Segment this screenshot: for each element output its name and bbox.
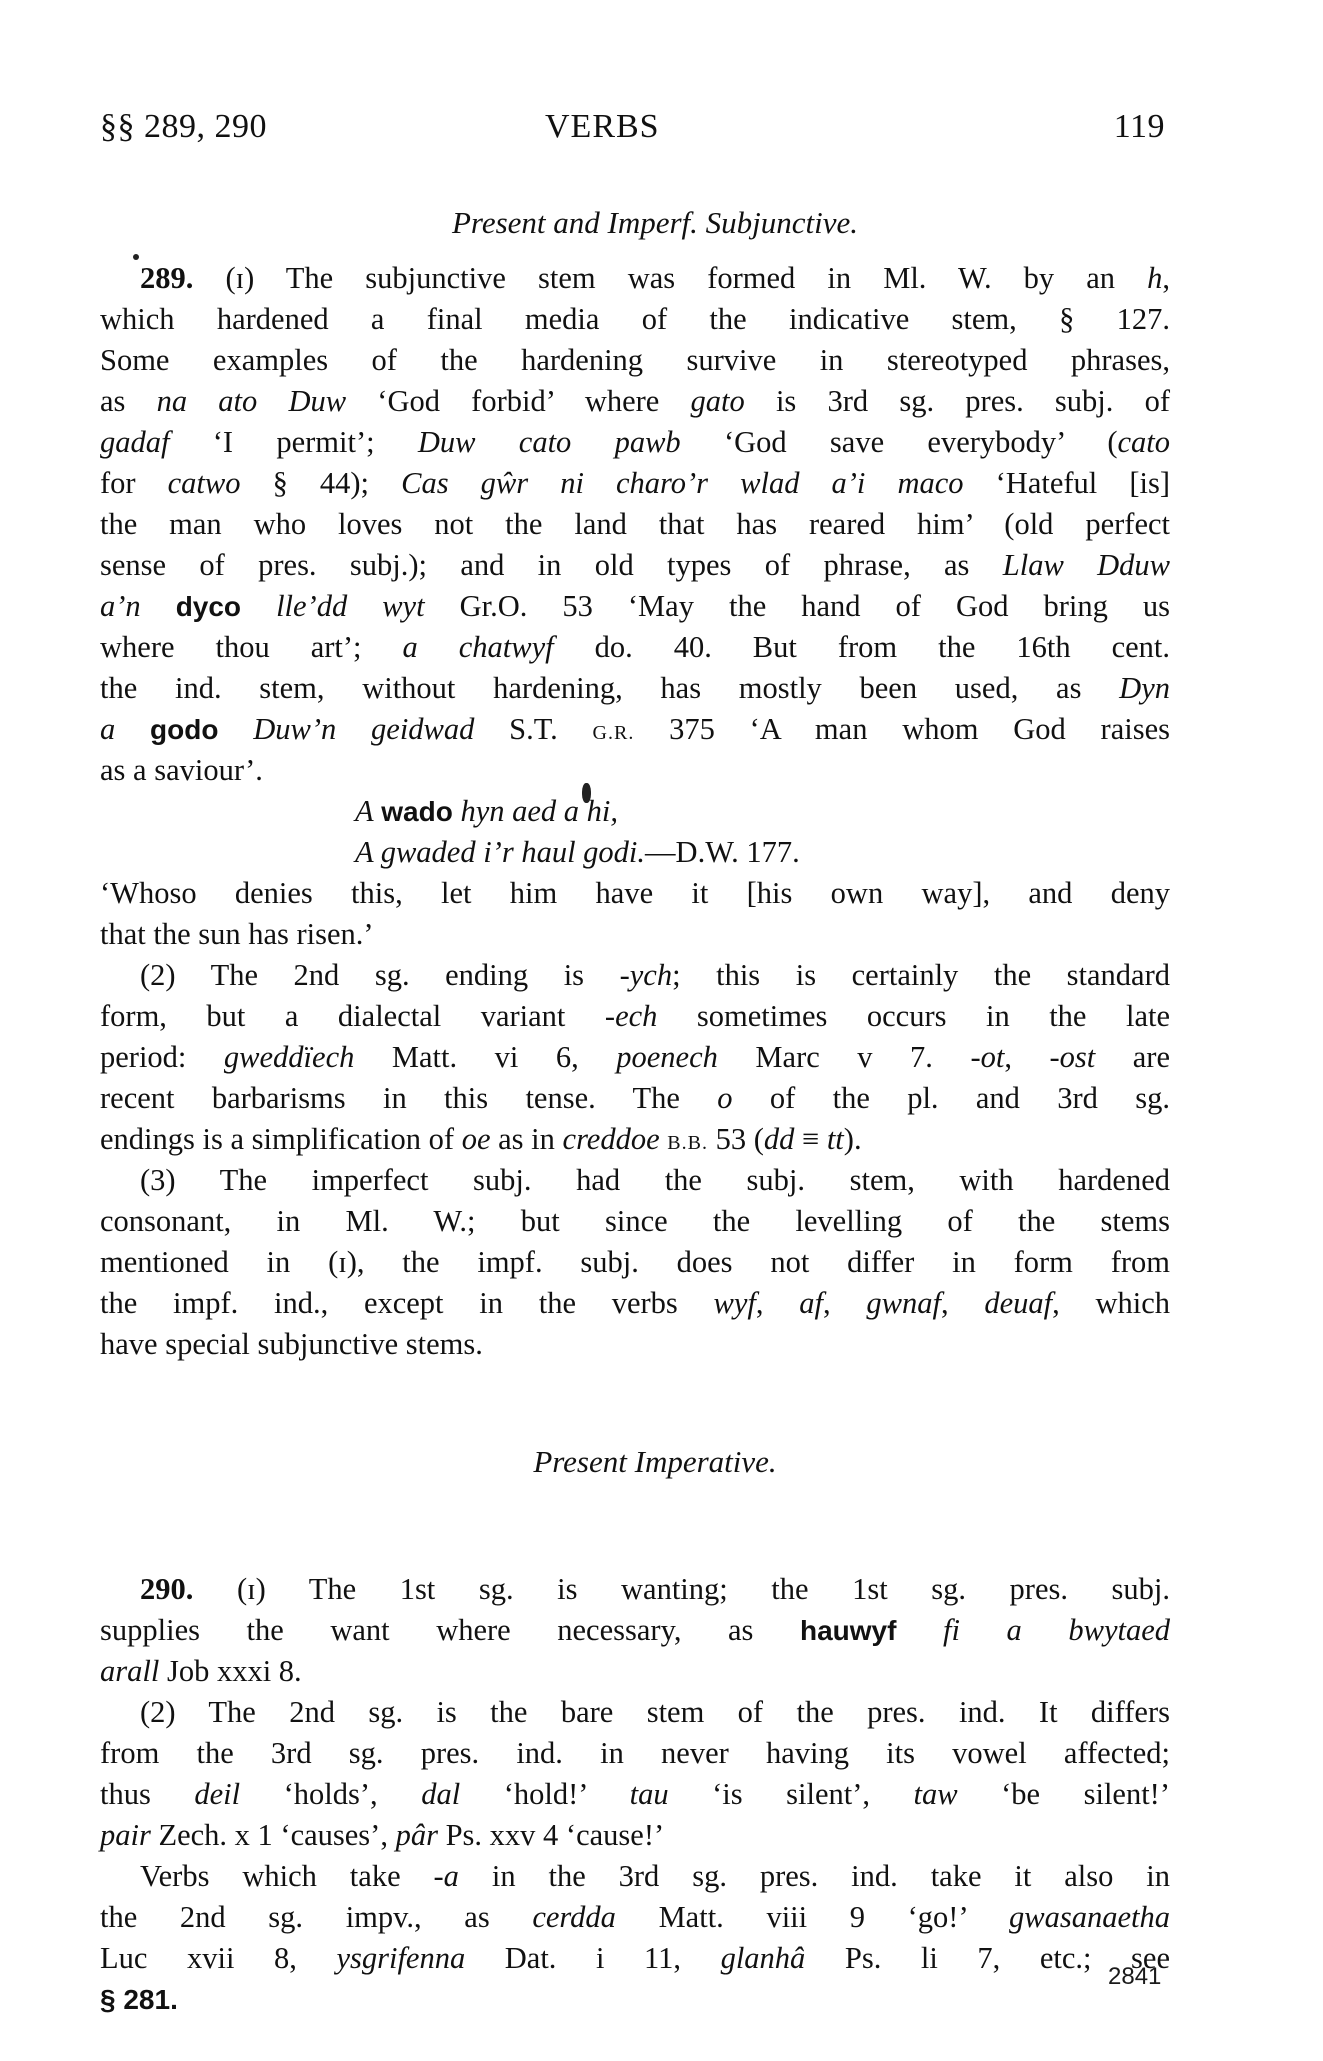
welsh-term: poenech [616,1040,718,1074]
verse-translation: ‘Whoso denies this, let him have it [his… [100,873,1170,955]
welsh-term: dal [421,1777,460,1811]
welsh-term: Llaw Dduw [1003,548,1170,582]
ink-blot [582,783,591,803]
bold-term: dyco [176,591,241,622]
welsh-term: h [1147,261,1162,295]
welsh-term: Duw’n geidwad [253,712,474,746]
welsh-term: gweddïech [224,1040,354,1074]
welsh-term: glanhâ [721,1941,806,1975]
bold-term: godo [150,714,218,745]
text-line: which hardened a final media of the indi… [100,299,1170,340]
text-line: the ind. stem, without hardening, has mo… [100,668,1170,709]
welsh-term: ysgrifenna [336,1941,465,1975]
welsh-term: Duw cato pawb [418,425,681,459]
page-number: 119 [1114,108,1165,146]
print-speck [133,254,139,260]
text-line: gadaf ‘I permit’; Duw cato pawb ‘God sav… [100,422,1170,463]
text-line: supplies the want where necessary, as ha… [100,1610,1170,1651]
welsh-term: o [717,1081,732,1115]
text-line: 290. (ɪ) The 1st sg. is wanting; the 1st… [100,1569,1170,1610]
welsh-term: af [799,1286,823,1320]
text-line: 289. (ɪ) The subjunctive stem was formed… [100,258,1170,299]
welsh-term: lle’dd wyt [276,589,425,623]
text-line: the 2nd sg. impv., as cerdda Matt. viii … [100,1897,1170,1938]
text-line: for catwo § 44); Cas gŵr ni charo’r wlad… [100,463,1170,504]
welsh-term: -ot [970,1040,1004,1074]
text-line: as a saviour’. [100,750,1170,791]
section-range: §§ 289, 290 [100,108,267,146]
welsh-term: a chatwyf [402,630,553,664]
paragraph-number: 290. [140,1572,237,1606]
verse-quotation: A wado hyn aed a hi,A gwaded i’r haul go… [100,791,1170,873]
text-line: the man who loves not the land that has … [100,504,1170,545]
text-line: arall Job xxxi 8. [100,1651,1170,1692]
welsh-term: taw [914,1777,958,1811]
welsh-term: gwnaf [866,1286,941,1320]
bold-term: § 281. [100,1984,178,2015]
welsh-term: a’n [100,589,141,623]
text-line: (2) The 2nd sg. ending is -ych; this is … [100,955,1170,996]
welsh-term: fi a bwytaed [943,1613,1170,1647]
source-abbrev: B.B. [667,1132,708,1154]
text-line: endings is a simplification of oe as in … [100,1119,1170,1160]
section-290-body: 290. (ɪ) The 1st sg. is wanting; the 1st… [100,1569,1170,2020]
text-line: A wado hyn aed a hi, [100,791,1170,832]
welsh-term: tau [630,1777,669,1811]
welsh-term: Dyn [1119,671,1170,705]
welsh-term: wyf [714,1286,756,1320]
text-line: Verbs which take -a in the 3rd sg. pres.… [100,1856,1170,1897]
welsh-term: Cas gŵr ni charo’r wlad a’i maco [401,466,963,500]
text-line: ‘Whoso denies this, let him have it [his… [100,873,1170,914]
text-line: sense of pres. subj.); and in old types … [100,545,1170,586]
text-line: the impf. ind., except in the verbs wyf,… [100,1283,1170,1324]
welsh-term: -ech [605,999,657,1033]
paragraph-289-sub-2: (2) The 2nd sg. ending is -ych; this is … [100,955,1170,1160]
welsh-term: deuaf [984,1286,1052,1320]
text-line: recent barbarisms in this tense. The o o… [100,1078,1170,1119]
scan-identifier: 2841 [1108,1963,1161,1991]
bold-term: hauwyf [800,1615,896,1646]
chapter-title: VERBS [545,108,660,146]
paragraph-290-sub-3: Verbs which take -a in the 3rd sg. pres.… [100,1856,1170,2020]
text-line: Luc xvii 8, ysgrifenna Dat. i 11, glanhâ… [100,1938,1170,1979]
text-line: pair Zech. x 1 ‘causes’, pâr Ps. xxv 4 ‘… [100,1815,1170,1856]
welsh-term: -ost [1050,1040,1096,1074]
text-line: where thou art’; a chatwyf do. 40. But f… [100,627,1170,668]
text-line: § 281. [100,1979,1170,2020]
welsh-term: A [355,794,374,828]
welsh-term: na ato Duw [157,384,347,418]
welsh-term: pair [100,1818,151,1852]
welsh-term: a [100,712,115,746]
text-line: mentioned in (ɪ), the impf. subj. does n… [100,1242,1170,1283]
welsh-term: -a [434,1859,459,1893]
section-heading-imperative: Present Imperative. [100,1444,1170,1480]
bold-term: wado [381,796,453,827]
welsh-term: cato [1117,425,1170,459]
text-line: form, but a dialectal variant -ech somet… [100,996,1170,1037]
section-heading-subjunctive: Present and Imperf. Subjunctive. [100,205,1170,241]
welsh-term: arall [100,1654,159,1688]
text-line: as na ato Duw ‘God forbid’ where gato is… [100,381,1170,422]
welsh-term: dd [764,1122,795,1156]
text-line: A gwaded i’r haul godi.—D.W. 177. [100,832,1170,873]
text-line: a godo Duw’n geidwad S.T. G.R. 375 ‘A ma… [100,709,1170,750]
welsh-term: pâr [396,1818,438,1852]
section-289-body: 289. (ɪ) The subjunctive stem was formed… [100,258,1170,1365]
welsh-term: gato [691,384,745,418]
welsh-term: catwo [168,466,241,500]
text-line: from the 3rd sg. pres. ind. in never hav… [100,1733,1170,1774]
welsh-term: gwasanaetha [1009,1900,1170,1934]
welsh-term: hyn aed a hi, [460,794,618,828]
welsh-term: tt [827,1122,844,1156]
source-abbrev: G.R. [593,722,635,744]
welsh-term: deil [194,1777,240,1811]
paragraph-289-sub-3: (3) The imperfect subj. had the subj. st… [100,1160,1170,1365]
text-line: Some examples of the hardening survive i… [100,340,1170,381]
welsh-term: oe [462,1122,491,1156]
text-line: that the sun has risen.’ [100,914,1170,955]
paragraph-number: 289. [140,261,225,295]
text-line: (2) The 2nd sg. is the bare stem of the … [100,1692,1170,1733]
paragraph-290-sub-2: (2) The 2nd sg. is the bare stem of the … [100,1692,1170,1856]
text-line: consonant, in Ml. W.; but since the leve… [100,1201,1170,1242]
text-line: a’n dyco lle’dd wyt Gr.O. 53 ‘May the ha… [100,586,1170,627]
welsh-term: -ych [620,958,672,992]
running-head: §§ 289, 290 VERBS 119 [100,108,1165,152]
welsh-term: cerdda [532,1900,616,1934]
welsh-term: creddoe [563,1122,660,1156]
text-line: period: gweddïech Matt. vi 6, poenech Ma… [100,1037,1170,1078]
paragraph-289-sub-1: 289. (ɪ) The subjunctive stem was formed… [100,258,1170,791]
text-line: (3) The imperfect subj. had the subj. st… [100,1160,1170,1201]
paragraph-290-sub-1: 290. (ɪ) The 1st sg. is wanting; the 1st… [100,1569,1170,1692]
welsh-term: A gwaded i’r haul godi. [355,835,645,869]
text-line: have special subjunctive stems. [100,1324,1170,1365]
welsh-term: gadaf [100,425,169,459]
text-line: thus deil ‘holds’, dal ‘hold!’ tau ‘is s… [100,1774,1170,1815]
